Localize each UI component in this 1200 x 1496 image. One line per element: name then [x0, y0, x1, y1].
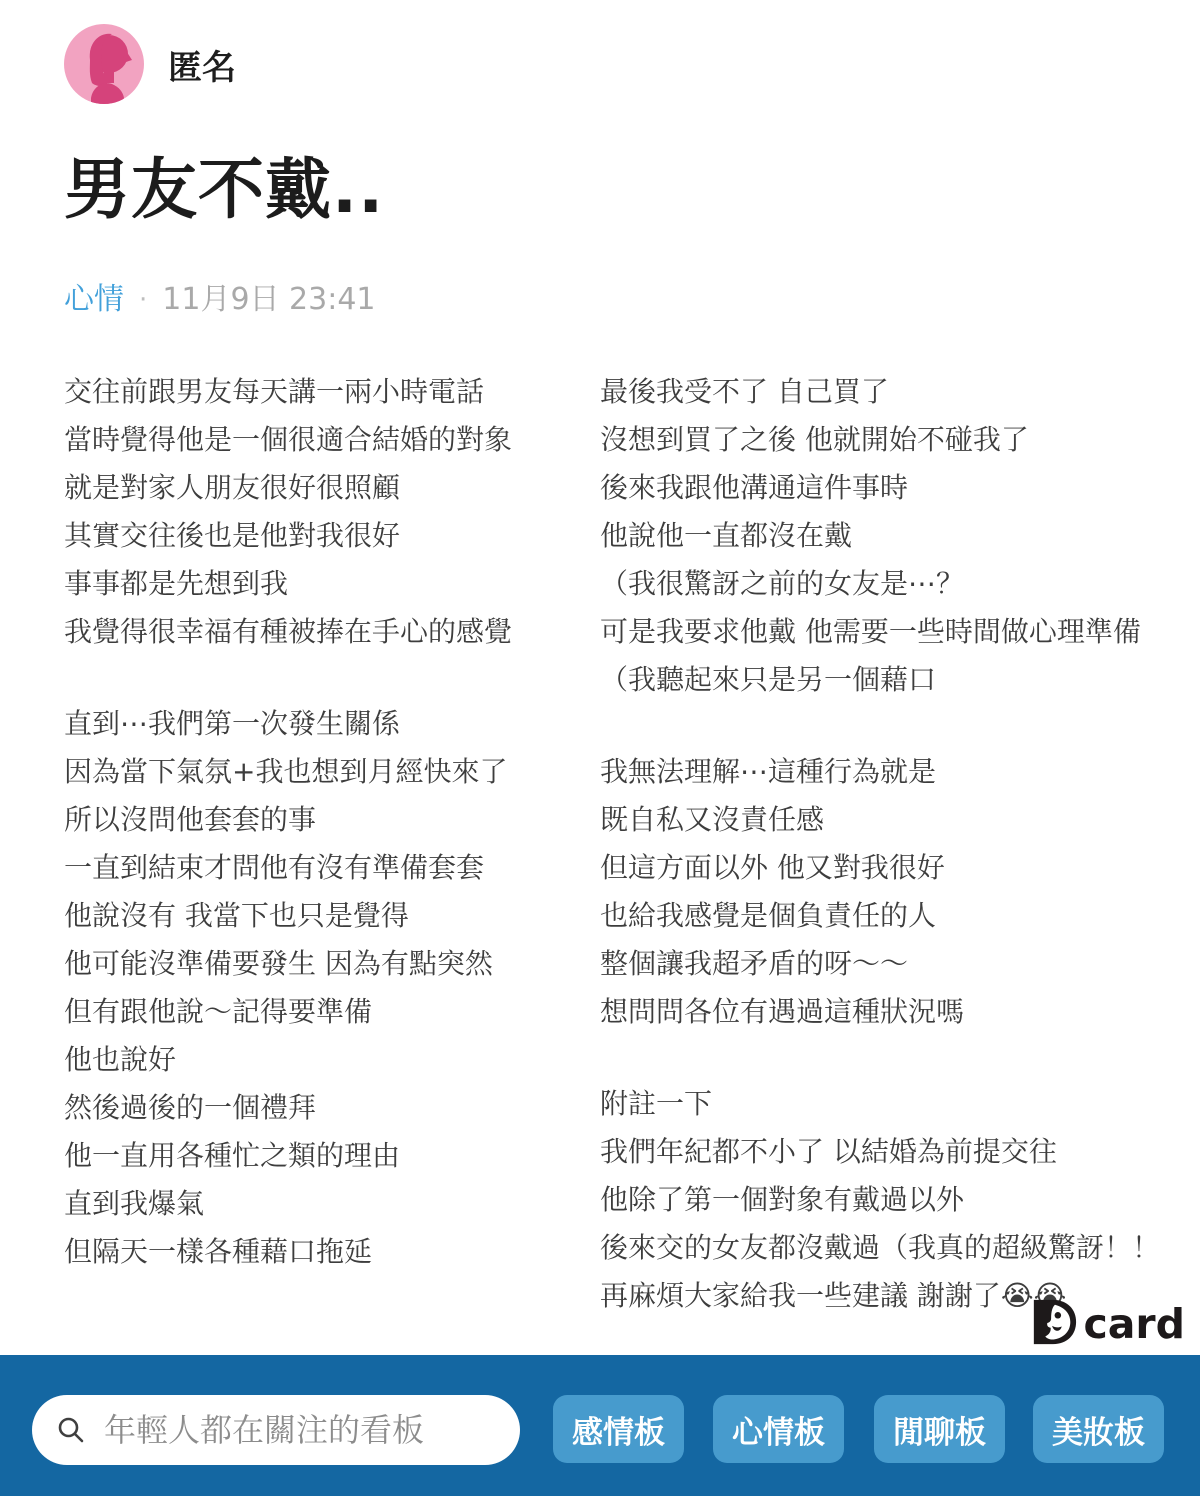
author-row: 匿名 [64, 24, 1164, 104]
anonymous-avatar [64, 24, 144, 104]
author-name: 匿名 [168, 40, 236, 89]
post-body: 交往前跟男友每天講一兩小時電話 當時覺得他是一個很適合結婚的對象 就是對家人朋友… [64, 368, 1164, 1320]
paragraph: 直到⋯我們第一次發生關係 因為當下氣氛+我也想到月經快來了 所以沒問他套套的事 … [64, 700, 541, 1276]
anonymous-female-silhouette-icon [64, 24, 144, 104]
paragraph: 附註一下 我們年紀都不小了 以結婚為前提交往 他除了第一個對象有戴過以外 後來交… [600, 1080, 1164, 1320]
paragraph: 最後我受不了 自己買了 沒想到買了之後 他就開始不碰我了 後來我跟他溝通這件事時… [600, 368, 1164, 704]
post-card: 匿名 男友不戴.. 心情 · 11月9日 23:41 交往前跟男友每天講一兩小時… [0, 0, 1200, 1320]
post-title: 男友不戴.. [64, 144, 1164, 236]
category-link[interactable]: 心情 [64, 280, 124, 320]
post-body-right-column: 最後我受不了 自己買了 沒想到買了之後 他就開始不碰我了 後來我跟他溝通這件事時… [600, 368, 1164, 1320]
dcard-logo-text: card [1083, 1302, 1185, 1346]
paragraph: 交往前跟男友每天講一兩小時電話 當時覺得他是一個很適合結婚的對象 就是對家人朋友… [64, 368, 541, 656]
post-timestamp: 11月9日 23:41 [162, 280, 375, 320]
paragraph: 我無法理解⋯這種行為就是 既自私又沒責任感 但這方面以外 他又對我很好 也給我感… [600, 748, 1164, 1036]
board-search[interactable] [32, 1395, 520, 1465]
board-button-chat[interactable]: 閒聊板 [874, 1395, 1005, 1463]
board-button-mood[interactable]: 心情板 [713, 1395, 844, 1463]
post-body-left-column: 交往前跟男友每天講一兩小時電話 當時覺得他是一個很適合結婚的對象 就是對家人朋友… [64, 368, 541, 1320]
search-input[interactable] [102, 1410, 496, 1450]
board-button-makeup[interactable]: 美妝板 [1033, 1395, 1164, 1463]
footer-bar: 感情板 心情板 閒聊板 美妝板 [0, 1355, 1200, 1496]
meta-separator: · [139, 280, 147, 320]
post-meta: 心情 · 11月9日 23:41 [64, 280, 1164, 320]
dcard-d-icon [1030, 1298, 1078, 1346]
board-button-relationship[interactable]: 感情板 [553, 1395, 684, 1463]
dcard-logo[interactable]: card [1030, 1298, 1185, 1346]
search-icon [56, 1415, 86, 1445]
